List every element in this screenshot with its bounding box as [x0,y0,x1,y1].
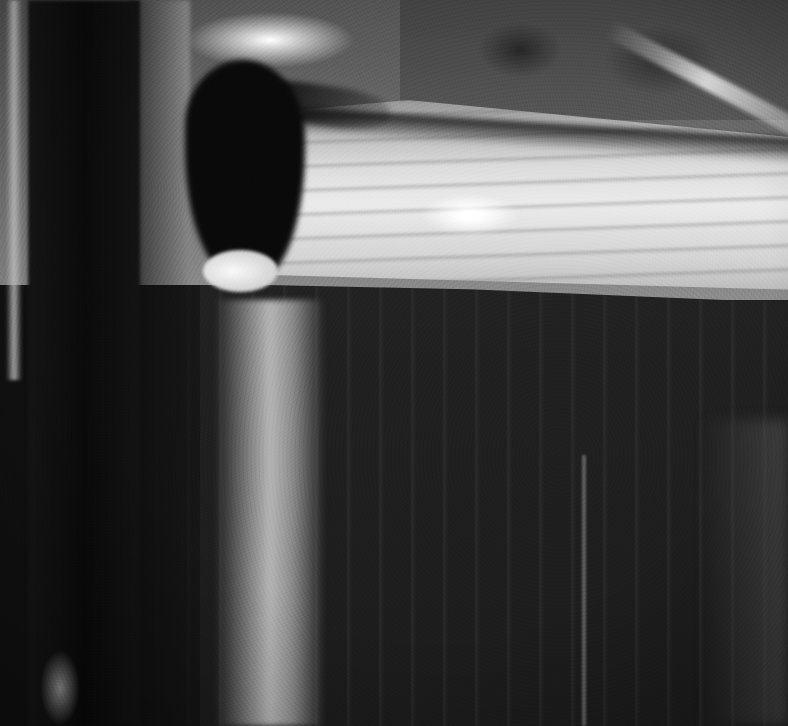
dark-shape-extension [248,75,392,134]
left-light-line [6,0,22,380]
film-grain [0,0,788,726]
photograph: Grainy black-and-white photograph of a v… [0,0,788,726]
vignette [0,0,788,726]
image-description: Grainy black-and-white photograph of a v… [0,0,1,1]
rooftop-ledge [240,100,788,290]
lower-wall [0,285,788,726]
lower-right-haze [700,420,788,726]
roof-edge-shadow [298,108,788,164]
light-streak [606,21,788,140]
lower-left-shadow [0,285,200,726]
sky-region [0,0,788,300]
pale-vertical-band [215,300,325,726]
vertical-seam [582,455,586,726]
bottom-left-light-patch [40,650,80,726]
dark-chimney-shape [185,60,305,280]
left-wall-edge [130,0,190,300]
left-post [28,0,140,726]
foliage-region [400,0,788,120]
bright-ledge-end [203,250,278,292]
